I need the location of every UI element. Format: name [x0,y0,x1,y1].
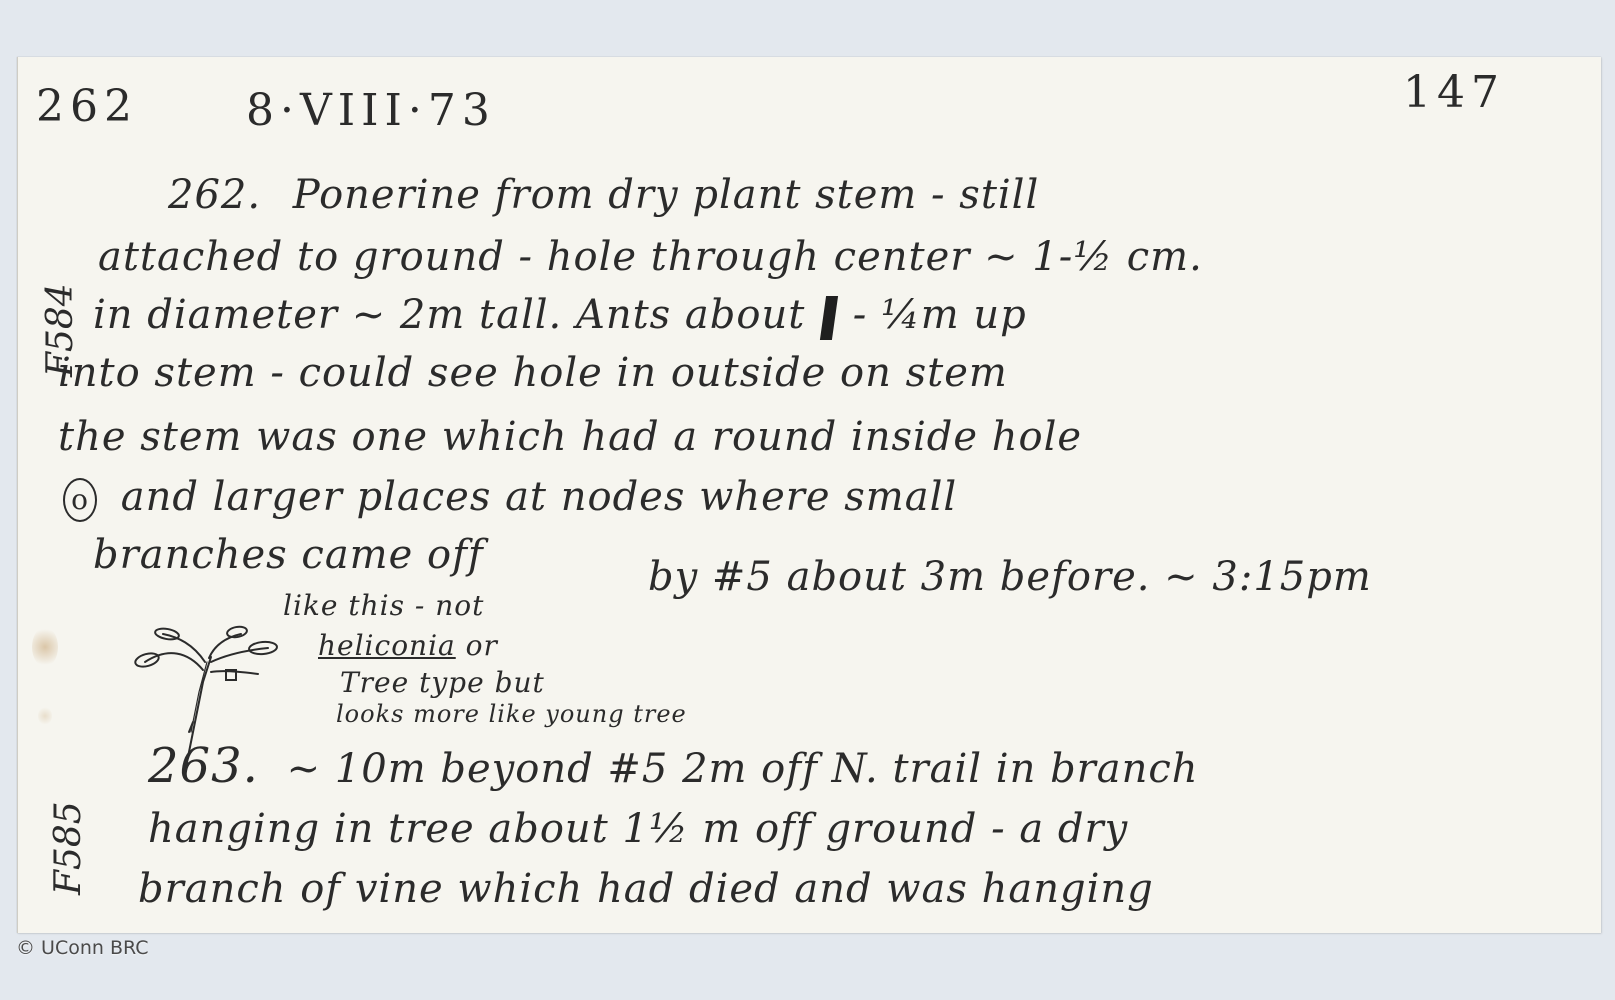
entry-line: the stem was one which had a round insid… [58,417,1082,457]
entry-text: Ponerine from dry plant stem - still [293,172,1040,218]
paper-stain [38,707,52,725]
species-name: heliconia [318,629,456,662]
entry-line: branch of vine which had died and was ha… [138,869,1154,909]
entry-line: into stem - could see hole in outside on… [58,353,1008,393]
copyright-label: © UConn BRC [16,937,149,959]
margin-note-f585: F585 [48,801,89,895]
crossed-out-mark [820,296,838,340]
paper-stain [32,627,58,667]
entry-line: in diameter ~ 2m tall. Ants about - ¼m u… [93,295,1027,340]
entry-line: 262. Ponerine from dry plant stem - stil… [168,175,1039,215]
sketch-annotation: looks more like young tree [336,702,687,726]
collection-date: 8·VIII·73 [246,89,496,133]
sketch-annotation: Tree type but [340,669,545,697]
entry-line: o and larger places at nodes where small [63,477,957,522]
entry-line: attached to ground - hole through center… [98,237,1203,277]
specimen-number: 262 [36,85,138,129]
entry-line: 263. ~ 10m beyond #5 2m off N. trail in … [148,742,1199,790]
round-hole-symbol: o [63,478,97,522]
conjunction: or [466,629,498,662]
entry-line: hanging in tree about 1½ m off ground - … [148,809,1128,849]
entry-line: branches came off [93,535,484,575]
entry-text: in diameter ~ 2m tall. Ants about [93,292,805,338]
entry-text: ~ 10m beyond #5 2m off N. trail in branc… [287,746,1199,792]
entry-number: 262. [168,172,261,218]
sketch-annotation: like this - not [283,592,484,620]
entry-number: 263. [148,738,259,794]
location-time-note: by #5 about 3m before. ~ 3:15pm [648,557,1372,597]
sketch-annotation: heliconia or [318,632,498,660]
entry-text: and larger places at nodes where small [121,474,957,520]
entry-text: - ¼m up [853,292,1027,338]
page-number: 147 [1403,71,1505,115]
field-note-card: 262 8·VIII·73 147 F584 F585 262. Ponerin… [17,57,1601,933]
